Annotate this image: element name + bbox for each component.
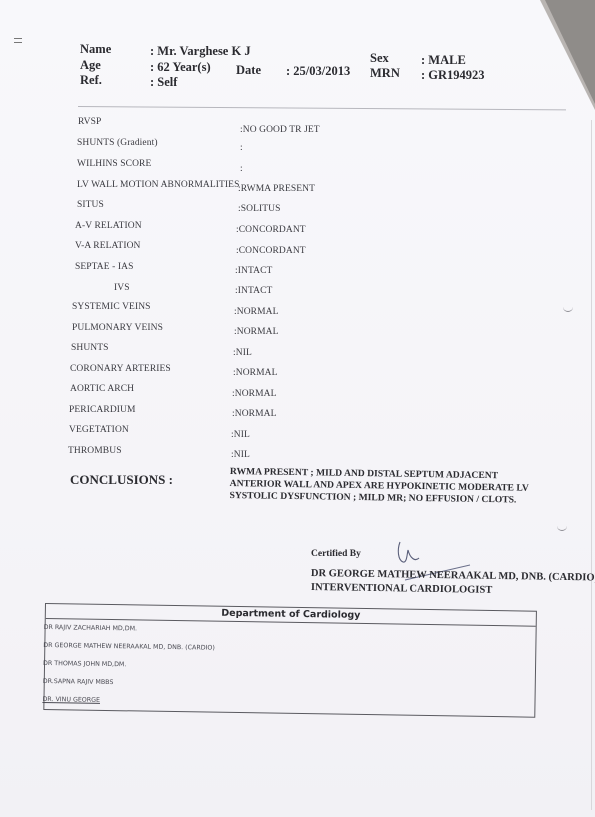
- finding-value: :NORMAL: [233, 368, 278, 378]
- finding-label: A-V RELATION: [75, 221, 142, 231]
- ref-value: : Self: [150, 75, 177, 90]
- finding-label: VEGETATION: [69, 425, 129, 435]
- certifying-doctor-name: DR GEORGE MATHEW NEERAAKAL MD, DNB. (CAR…: [311, 568, 595, 584]
- finding-value: :NORMAL: [232, 389, 277, 399]
- finding-value: :NORMAL: [234, 307, 279, 317]
- margin-mark: [14, 38, 22, 43]
- department-doctor-list: DR RAJIV ZACHARIAH MD,DM. DR GEORGE MATH…: [44, 619, 535, 717]
- finding-value: :NIL: [231, 430, 250, 440]
- finding-label: IVS: [114, 283, 130, 293]
- finding-label: PERICARDIUM: [69, 405, 136, 415]
- finding-label: PULMONARY VEINS: [72, 323, 163, 333]
- finding-value: :CONCORDANT: [236, 225, 306, 235]
- finding-label: LV WALL MOTION ABNORMALITIES: [77, 180, 239, 190]
- finding-value: :RWMA PRESENT: [238, 184, 315, 194]
- report-page: Name : Mr. Varghese K J Age : 62 Year(s)…: [0, 0, 595, 817]
- conclusions-text: RWMA PRESENT ; MILD AND DISTAL SEPTUM AD…: [229, 466, 550, 507]
- finding-label: SITUS: [77, 200, 104, 210]
- finding-value: :SOLITUS: [238, 204, 281, 214]
- age-value: : 62 Year(s): [150, 60, 211, 75]
- finding-label: SEPTAE - IAS: [75, 262, 134, 272]
- finding-label: SHUNTS: [71, 343, 109, 353]
- sex-label: Sex: [370, 51, 389, 66]
- department-box: Department of Cardiology DR RAJIV ZACHAR…: [43, 603, 537, 718]
- finding-label: CORONARY ARTERIES: [70, 364, 171, 374]
- date-value: : 25/03/2013: [286, 64, 350, 79]
- folded-corner-edge: [545, 0, 595, 104]
- mrn-value: : GR194923: [421, 68, 485, 83]
- finding-value: :CONCORDANT: [236, 246, 306, 256]
- punch-hole-icon: [563, 305, 573, 312]
- age-label: Age: [80, 58, 101, 73]
- finding-label: RVSP: [78, 117, 101, 127]
- ref-label: Ref.: [80, 73, 102, 88]
- finding-value: :NORMAL: [234, 327, 279, 337]
- finding-value: :INTACT: [235, 286, 272, 296]
- finding-label: SHUNTS (Gradient): [77, 138, 158, 148]
- header-divider: [78, 106, 566, 110]
- name-label: Name: [80, 42, 111, 57]
- finding-value: :: [240, 143, 243, 153]
- finding-label: SYSTEMIC VEINS: [72, 302, 151, 312]
- finding-label: V-A RELATION: [75, 241, 141, 251]
- mrn-label: MRN: [370, 66, 400, 81]
- finding-value: :: [240, 164, 243, 174]
- punch-hole-icon: [557, 524, 567, 531]
- finding-value: :NO GOOD TR JET: [240, 125, 320, 135]
- certifying-doctor-title: INTERVENTIONAL CARDIOLOGIST: [311, 582, 493, 596]
- finding-value: :NIL: [231, 450, 250, 460]
- name-value: : Mr. Varghese K J: [150, 44, 251, 59]
- date-label: Date: [236, 63, 261, 78]
- certified-by-label: Certified By: [311, 549, 361, 559]
- page-edge: [591, 120, 592, 810]
- sex-value: : MALE: [421, 53, 466, 68]
- finding-label: AORTIC ARCH: [70, 384, 134, 394]
- finding-value: :INTACT: [235, 266, 272, 276]
- conclusions-label: CONCLUSIONS :: [70, 472, 173, 488]
- finding-value: :NIL: [233, 348, 252, 358]
- finding-label: THROMBUS: [68, 446, 122, 456]
- finding-value: :NORMAL: [232, 409, 277, 419]
- finding-label: WILHINS SCORE: [77, 159, 151, 169]
